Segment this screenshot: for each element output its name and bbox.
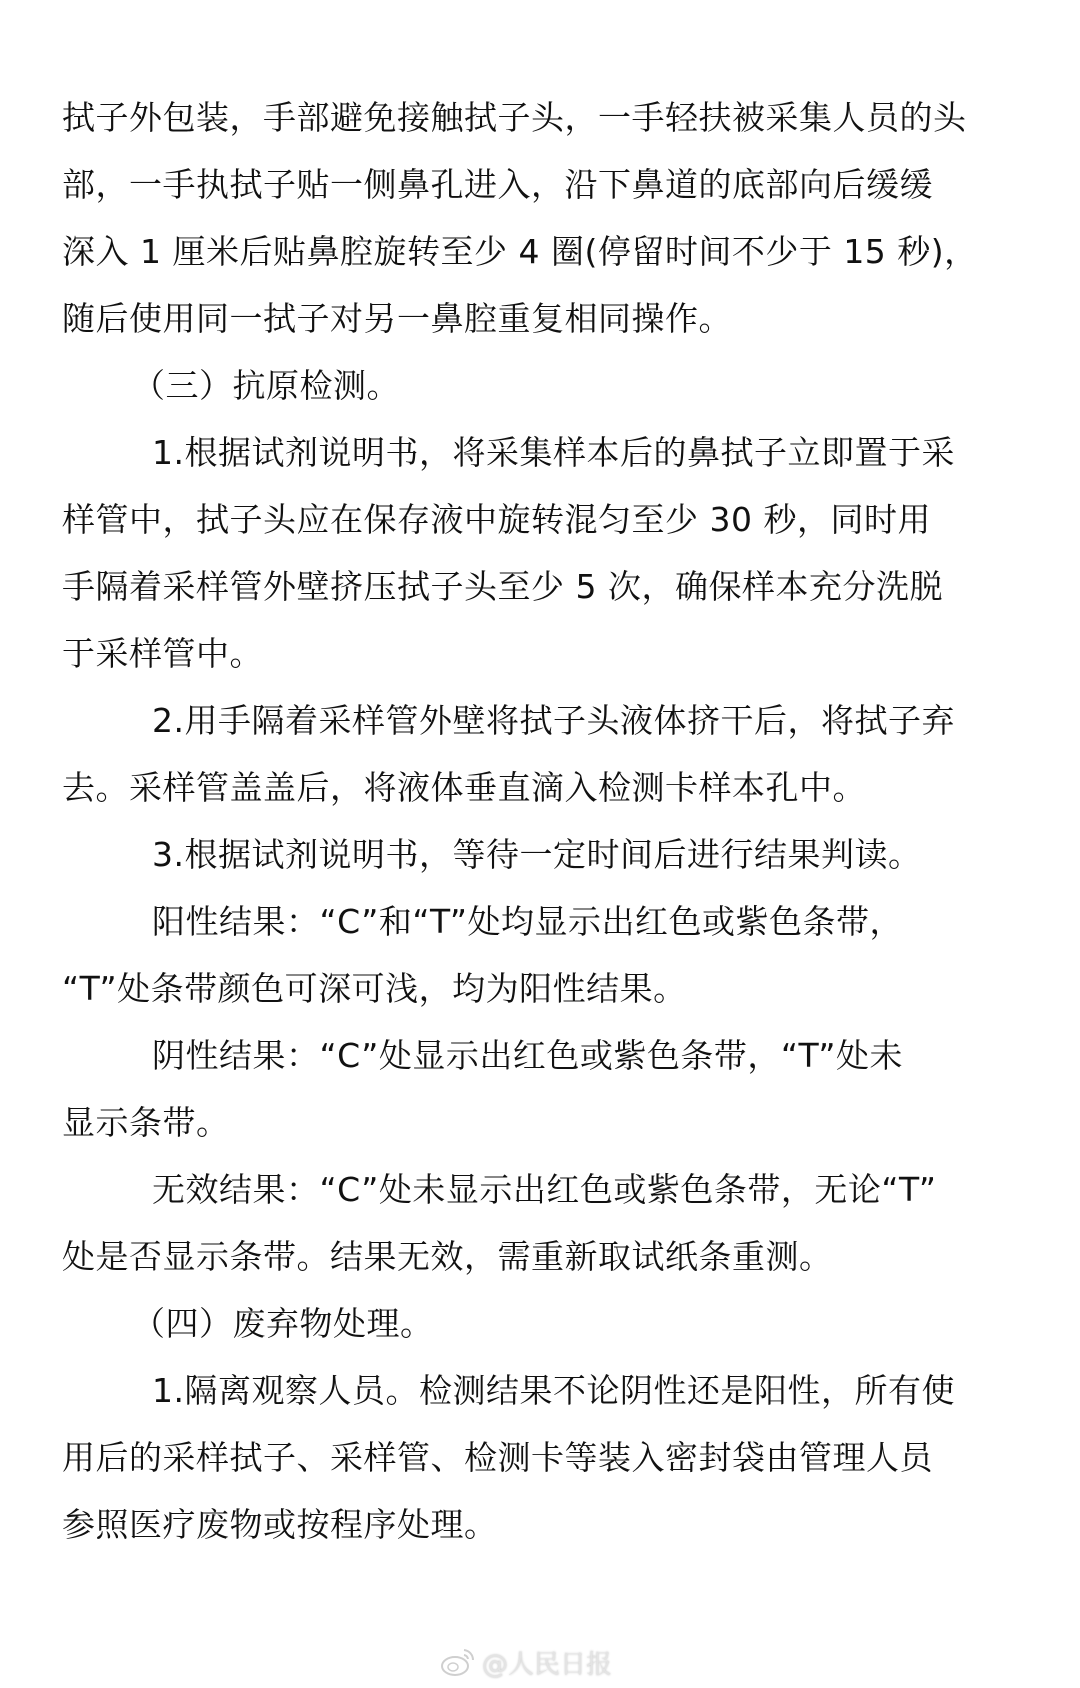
text-line: 参照医疗废物或按程序处理。: [62, 1491, 1022, 1558]
document-page: 拭子外包装，手部避免接触拭子头，一手轻扶被采集人员的头 部，一手执拭子贴一侧鼻孔…: [62, 84, 1022, 1558]
text-line: 深入 1 厘米后贴鼻腔旋转至少 4 圈(停留时间不少于 15 秒)，: [62, 218, 1022, 285]
text-line: 1.隔离观察人员。检测结果不论阴性还是阳性，所有使: [62, 1357, 1022, 1424]
text-line: 于采样管中。: [62, 620, 1022, 687]
text-line: 2.用手隔着采样管外壁将拭子头液体挤干后，将拭子弃: [62, 687, 1022, 754]
watermark-text: @人民日报: [482, 1644, 612, 1681]
text-line: 显示条带。: [62, 1089, 1022, 1156]
section-heading-waste-disposal: （四）废弃物处理。: [62, 1290, 1022, 1357]
text-line: 去。采样管盖盖后，将液体垂直滴入检测卡样本孔中。: [62, 754, 1022, 821]
text-line: 拭子外包装，手部避免接触拭子头，一手轻扶被采集人员的头: [62, 84, 1022, 151]
negative-result-line: 阴性结果：“C”处显示出红色或紫色条带，“T”处未: [62, 1022, 1022, 1089]
text-line: 部，一手执拭子贴一侧鼻孔进入，沿下鼻道的底部向后缓缓: [62, 151, 1022, 218]
positive-result-line: 阳性结果：“C”和“T”处均显示出红色或紫色条带，: [62, 888, 1022, 955]
watermark: @人民日报: [440, 1644, 612, 1680]
text-line: 随后使用同一拭子对另一鼻腔重复相同操作。: [62, 285, 1022, 352]
text-line: 3.根据试剂说明书，等待一定时间后进行结果判读。: [62, 821, 1022, 888]
section-heading-antigen-test: （三）抗原检测。: [62, 352, 1022, 419]
text-line: 样管中，拭子头应在保存液中旋转混匀至少 30 秒，同时用: [62, 486, 1022, 553]
invalid-result-line: 无效结果：“C”处未显示出红色或紫色条带，无论“T”: [62, 1156, 1022, 1223]
text-line: 处是否显示条带。结果无效，需重新取试纸条重测。: [62, 1223, 1022, 1290]
text-line: 用后的采样拭子、采样管、检测卡等装入密封袋由管理人员: [62, 1424, 1022, 1491]
text-line: 1.根据试剂说明书，将采集样本后的鼻拭子立即置于采: [62, 419, 1022, 486]
text-line: 手隔着采样管外壁挤压拭子头至少 5 次，确保样本充分洗脱: [62, 553, 1022, 620]
text-line: “T”处条带颜色可深可浅，均为阳性结果。: [62, 955, 1022, 1022]
weibo-icon: [440, 1646, 476, 1678]
